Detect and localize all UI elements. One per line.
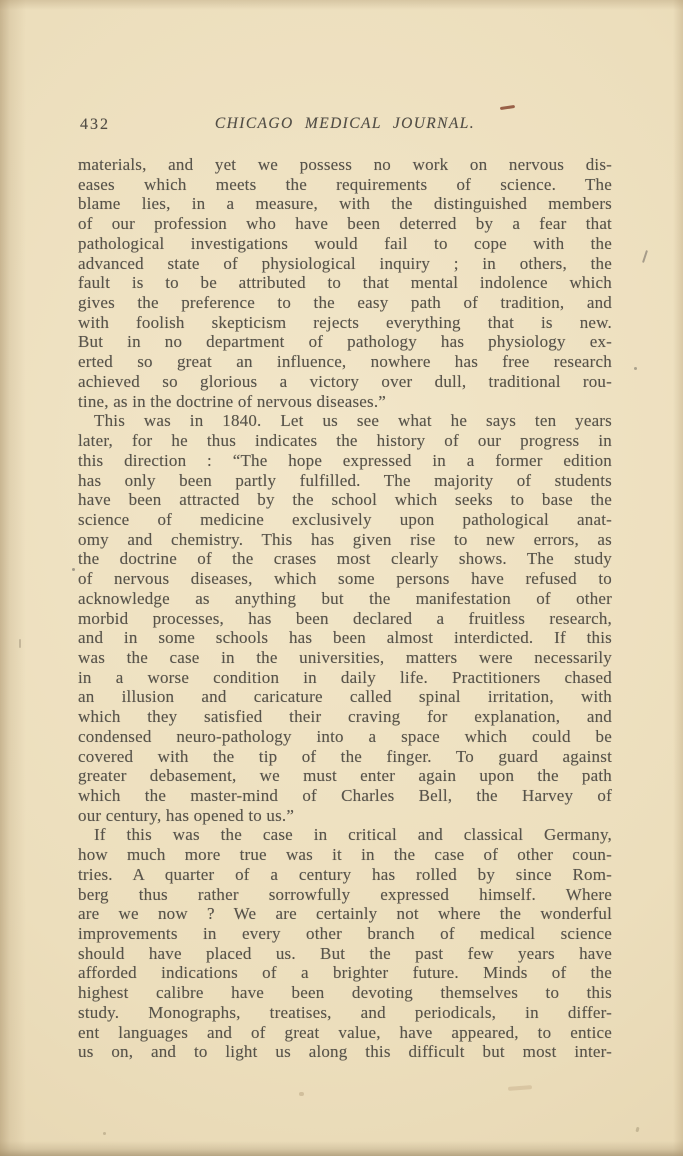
text-line: and in some schools has been almost inte…	[78, 628, 612, 648]
text-line: this direction : “The hope expressed in …	[78, 451, 612, 471]
text-line: how much more true was it in the case of…	[78, 845, 612, 865]
text-line: study. Monographs, treatises, and period…	[78, 1003, 612, 1023]
text-line: ent languages and of great value, have a…	[78, 1023, 612, 1043]
text-line: our century, has opened to us.”	[78, 806, 612, 826]
text-line: eases which meets the requirements of sc…	[78, 175, 612, 195]
text-line: of our profession who have been deterred…	[78, 214, 612, 234]
text-line: covered with the tip of the finger. To g…	[78, 747, 612, 767]
text-line: us on, and to light us along this diffic…	[78, 1042, 612, 1062]
speck	[19, 639, 21, 648]
pen-mark	[500, 105, 515, 110]
text-line: tine, as in the doctrine of nervous dise…	[78, 392, 612, 412]
text-line: should have placed us. But the past few …	[78, 944, 612, 964]
text-line: science of medicine exclusively upon pat…	[78, 510, 612, 530]
text-line: This was in 1840. Let us see what he say…	[78, 411, 612, 431]
text-line: If this was the case in critical and cla…	[78, 825, 612, 845]
text-line: advanced state of physiological inquiry …	[78, 254, 612, 274]
text-line: afforded indications of a brighter futur…	[78, 963, 612, 983]
page-number: 432	[80, 116, 110, 134]
speck	[299, 1092, 304, 1096]
text-line: later, for he thus indicates the history…	[78, 431, 612, 451]
text-line: have been attracted by the school which …	[78, 490, 612, 510]
text-line: with foolish skepticism rejects everythi…	[78, 313, 612, 333]
text-line: acknowledge as anything but the manifest…	[78, 589, 612, 609]
text-line: berg thus rather sorrowfully expressed h…	[78, 885, 612, 905]
text-line: greater debasement, we must enter again …	[78, 766, 612, 786]
text-line: gives the preference to the easy path of…	[78, 293, 612, 313]
text-line: achieved so glorious a victory over dull…	[78, 372, 612, 392]
text-line: omy and chemistry. This has given rise t…	[78, 530, 612, 550]
text-line: which they satisfied their craving for e…	[78, 707, 612, 727]
text-line: fault is to be attributed to that mental…	[78, 273, 612, 293]
text-line: highest calibre have been devoting thems…	[78, 983, 612, 1003]
smudge	[508, 1085, 532, 1091]
text-line: erted so great an influence, nowhere has…	[78, 352, 612, 372]
speck	[635, 1127, 639, 1133]
text-line: condensed neuro-pathology into a space w…	[78, 727, 612, 747]
text-line: in a worse condition in daily life. Prac…	[78, 668, 612, 688]
text-line: the doctrine of the crases most clearly …	[78, 549, 612, 569]
text-line: But in no department of pathology has ph…	[78, 332, 612, 352]
text-line: blame lies, in a measure, with the disti…	[78, 194, 612, 214]
text-line: was the case in the universities, matter…	[78, 648, 612, 668]
text-line: of nervous diseases, which some persons …	[78, 569, 612, 589]
text-line: tries. A quarter of a century has rolled…	[78, 865, 612, 885]
text-line: has only been partly fulfilled. The majo…	[78, 471, 612, 491]
speck	[103, 1132, 106, 1135]
speck	[72, 568, 75, 571]
body-text: materials, and yet we possess no work on…	[78, 155, 612, 1062]
text-line: materials, and yet we possess no work on…	[78, 155, 612, 175]
speck	[634, 367, 637, 370]
running-head: 432 CHICAGO MEDICAL JOURNAL.	[78, 115, 612, 137]
text-line: which the master-mind of Charles Bell, t…	[78, 786, 612, 806]
journal-title: CHICAGO MEDICAL JOURNAL.	[78, 115, 612, 133]
text-line: improvements in every other branch of me…	[78, 924, 612, 944]
scan-page: 432 CHICAGO MEDICAL JOURNAL. materials, …	[0, 0, 683, 1156]
text-line: are we now ? We are certainly not where …	[78, 904, 612, 924]
slash-mark	[642, 250, 648, 263]
text-line: morbid processes, has been declared a fr…	[78, 609, 612, 629]
text-line: an illusion and caricature called spinal…	[78, 687, 612, 707]
text-line: pathological investigations would fail t…	[78, 234, 612, 254]
